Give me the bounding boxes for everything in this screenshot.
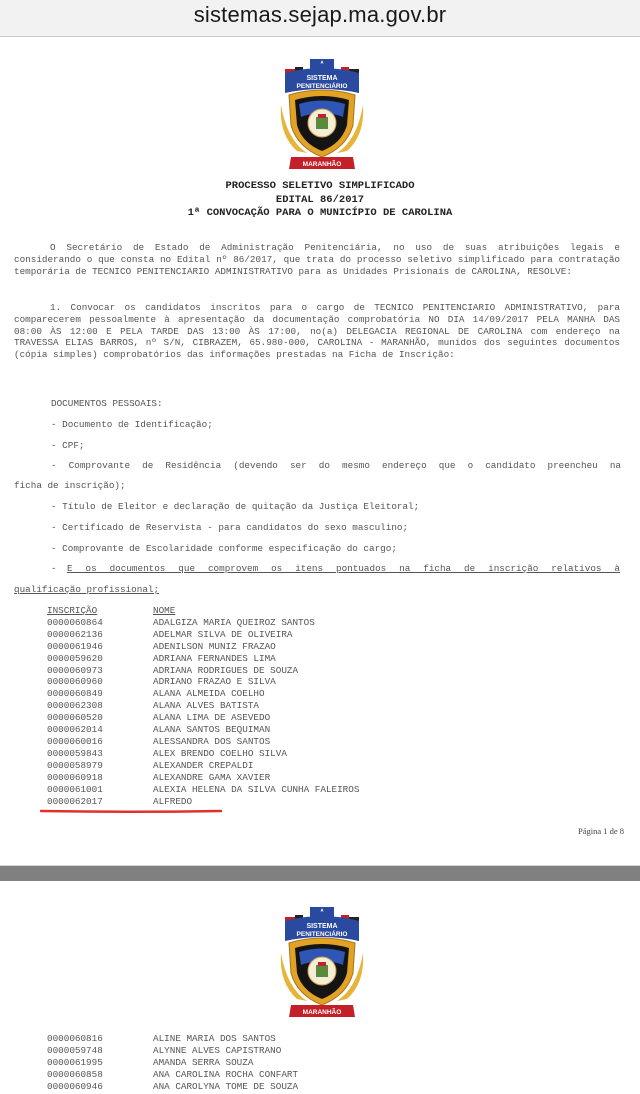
nome-cell: ALYNNE ALVES CAPISTRANO — [153, 1045, 281, 1057]
table-row: 0000061001ALEXIA HELENA DA SILVA CUNHA F… — [47, 784, 359, 796]
inscricao-cell: 0000058979 — [47, 760, 153, 772]
table-row: 0000059843ALEX BRENDO COELHO SILVA — [47, 748, 359, 760]
table-row: 0000061995AMANDA SERRA SOUZA — [47, 1057, 298, 1069]
table-row: 0000059620ADRIANA FERNANDES LIMA — [47, 653, 359, 665]
document-item-bullet: - — [51, 563, 67, 574]
table-row: 0000060864ADALGIZA MARIA QUEIROZ SANTOS — [47, 617, 359, 629]
svg-text:MARANHÃO: MARANHÃO — [303, 1007, 342, 1016]
document-page-1: SISTEMA PENITENCIÁRIO MARANHÃO PROCESSO … — [0, 37, 640, 865]
inscricao-cell: 0000060973 — [47, 665, 153, 677]
table-row: 0000058979ALEXANDER CREPALDI — [47, 760, 359, 772]
nome-cell: ANA CAROLINA ROCHA CONFART — [153, 1069, 298, 1081]
table-row: 0000061946ADENILSON MUNIZ FRAZAO — [47, 641, 359, 653]
page-number: Página 1 de 8 — [578, 826, 624, 836]
inscricao-cell: 0000060016 — [47, 736, 153, 748]
nome-cell: ANA CAROLYNA TOME DE SOUZA — [153, 1081, 298, 1093]
inscricao-cell: 0000060918 — [47, 772, 153, 784]
intro-paragraph: O Secretário de Estado de Administração … — [14, 242, 620, 277]
documents-heading: DOCUMENTOS PESSOAIS: — [51, 398, 640, 409]
nome-cell: ALESSANDRA DOS SANTOS — [153, 736, 270, 748]
title-line: EDITAL 86/2017 — [0, 194, 640, 208]
inscricao-cell: 0000062017 — [47, 796, 153, 808]
inscricao-cell: 0000060858 — [47, 1069, 153, 1081]
document-page-2: SISTEMA PENITENCIÁRIO MARANHÃO 000006081… — [0, 881, 640, 1094]
document-item: - Título de Eleitor e declaração de quit… — [51, 501, 640, 512]
inscricao-cell: 0000061001 — [47, 784, 153, 796]
document-item: - Comprovante de Escolaridade conforme e… — [51, 543, 640, 554]
svg-text:SISTEMA: SISTEMA — [306, 75, 337, 82]
inscricao-cell: 0000062014 — [47, 724, 153, 736]
candidates-table-page-2: 0000060816ALINE MARIA DOS SANTOS00000597… — [47, 1033, 298, 1093]
nome-cell: ADELMAR SILVA DE OLIVEIRA — [153, 629, 292, 641]
svg-text:MARANHÃO: MARANHÃO — [303, 159, 342, 168]
nome-cell: ALANA ALVES BATISTA — [153, 700, 259, 712]
inscricao-cell: 0000062308 — [47, 700, 153, 712]
title-line: PROCESSO SELETIVO SIMPLIFICADO — [0, 180, 640, 194]
table-row: 0000060016ALESSANDRA DOS SANTOS — [47, 736, 359, 748]
nome-cell: ALEXIA HELENA DA SILVA CUNHA FALEIROS — [153, 784, 359, 796]
convocation-paragraph: 1. Convocar os candidatos inscritos para… — [14, 302, 620, 361]
document-item: - CPF; — [51, 440, 640, 451]
inscricao-cell: 0000062136 — [47, 629, 153, 641]
page-separator — [0, 865, 640, 881]
table-row: 0000060849ALANA ALMEIDA COELHO — [47, 688, 359, 700]
nome-cell: ADRIANO FRAZAO E SILVA — [153, 676, 276, 688]
inscricao-cell: 0000060816 — [47, 1033, 153, 1045]
nome-cell: ALEX BRENDO COELHO SILVA — [153, 748, 287, 760]
nome-cell: ALANA ALMEIDA COELHO — [153, 688, 265, 700]
address-bar[interactable]: sistemas.sejap.ma.gov.br — [0, 0, 640, 37]
nome-cell: ALEXANDRE GAMA XAVIER — [153, 772, 270, 784]
svg-text:PENITENCIÁRIO: PENITENCIÁRIO — [297, 81, 348, 90]
table-row: 0000062014ALANA SANTOS BEQUIMAN — [47, 724, 359, 736]
table-header: INSCRIÇÃO NOME — [47, 605, 359, 617]
document-item: - Documento de Identificação; — [51, 419, 640, 430]
table-row: 0000060816ALINE MARIA DOS SANTOS — [47, 1033, 298, 1045]
sistema-penitenciario-logo: SISTEMA PENITENCIÁRIO MARANHÃO — [277, 903, 367, 1023]
nome-cell: ALANA LIMA DE ASEVEDO — [153, 712, 270, 724]
inscricao-cell: 0000061946 — [47, 641, 153, 653]
inscricao-cell: 0000060849 — [47, 688, 153, 700]
sistema-penitenciario-logo: SISTEMA PENITENCIÁRIO MARANHÃO — [277, 55, 367, 175]
table-row: 0000060918ALEXANDRE GAMA XAVIER — [47, 772, 359, 784]
nome-cell: AMANDA SERRA SOUZA — [153, 1057, 253, 1069]
url-text[interactable]: sistemas.sejap.ma.gov.br — [194, 2, 447, 27]
inscricao-cell: 0000059843 — [47, 748, 153, 760]
nome-cell: ADALGIZA MARIA QUEIROZ SANTOS — [153, 617, 315, 629]
inscricao-cell: 0000061995 — [47, 1057, 153, 1069]
inscricao-cell: 0000060864 — [47, 617, 153, 629]
nome-cell: ALANA SANTOS BEQUIMAN — [153, 724, 270, 736]
column-header-nome: NOME — [153, 605, 175, 616]
nome-cell: ALINE MARIA DOS SANTOS — [153, 1033, 276, 1045]
table-row: 0000060960ADRIANO FRAZAO E SILVA — [47, 676, 359, 688]
nome-cell: ALFREDO — [153, 796, 192, 808]
document-title: PROCESSO SELETIVO SIMPLIFICADO EDITAL 86… — [0, 180, 640, 221]
table-row: 0000060946ANA CAROLYNA TOME DE SOUZA — [47, 1081, 298, 1093]
red-underline-annotation — [40, 809, 222, 813]
document-item: - Comprovante de Residência (devendo ser… — [51, 460, 621, 471]
inscricao-cell: 0000060960 — [47, 676, 153, 688]
inscricao-cell: 0000060520 — [47, 712, 153, 724]
document-item: - Certificado de Reservista - para candi… — [51, 522, 640, 533]
table-row: 0000060520ALANA LIMA DE ASEVEDO — [47, 712, 359, 724]
table-row: 0000060858ANA CAROLINA ROCHA CONFART — [47, 1069, 298, 1081]
nome-cell: ADRIANA FERNANDES LIMA — [153, 653, 276, 665]
table-row: 0000062136ADELMAR SILVA DE OLIVEIRA — [47, 629, 359, 641]
inscricao-cell: 0000059620 — [47, 653, 153, 665]
nome-cell: ALEXANDER CREPALDI — [153, 760, 253, 772]
nome-cell: ADENILSON MUNIZ FRAZAO — [153, 641, 276, 653]
table-row: 0000060973ADRIANA RODRIGUES DE SOUZA — [47, 665, 359, 677]
table-row: 0000062308ALANA ALVES BATISTA — [47, 700, 359, 712]
nome-cell: ADRIANA RODRIGUES DE SOUZA — [153, 665, 298, 677]
inscricao-cell: 0000059748 — [47, 1045, 153, 1057]
document-item-underlined: E os documentos que comprovem os itens p… — [67, 563, 620, 574]
document-item-continued: ficha de inscrição); — [14, 480, 620, 491]
table-row: 0000059748ALYNNE ALVES CAPISTRANO — [47, 1045, 298, 1057]
document-item-underlined-continued: qualificação profissional; — [14, 584, 620, 595]
column-header-inscricao: INSCRIÇÃO — [47, 605, 97, 616]
title-line: 1ª CONVOCAÇÃO PARA O MUNICÍPIO DE CAROLI… — [0, 207, 640, 221]
svg-text:PENITENCIÁRIO: PENITENCIÁRIO — [297, 929, 348, 938]
svg-text:SISTEMA: SISTEMA — [306, 923, 337, 930]
table-row: 0000062017ALFREDO — [47, 796, 359, 808]
candidates-table-page-1: INSCRIÇÃO NOME 0000060864ADALGIZA MARIA … — [47, 605, 359, 807]
inscricao-cell: 0000060946 — [47, 1081, 153, 1093]
